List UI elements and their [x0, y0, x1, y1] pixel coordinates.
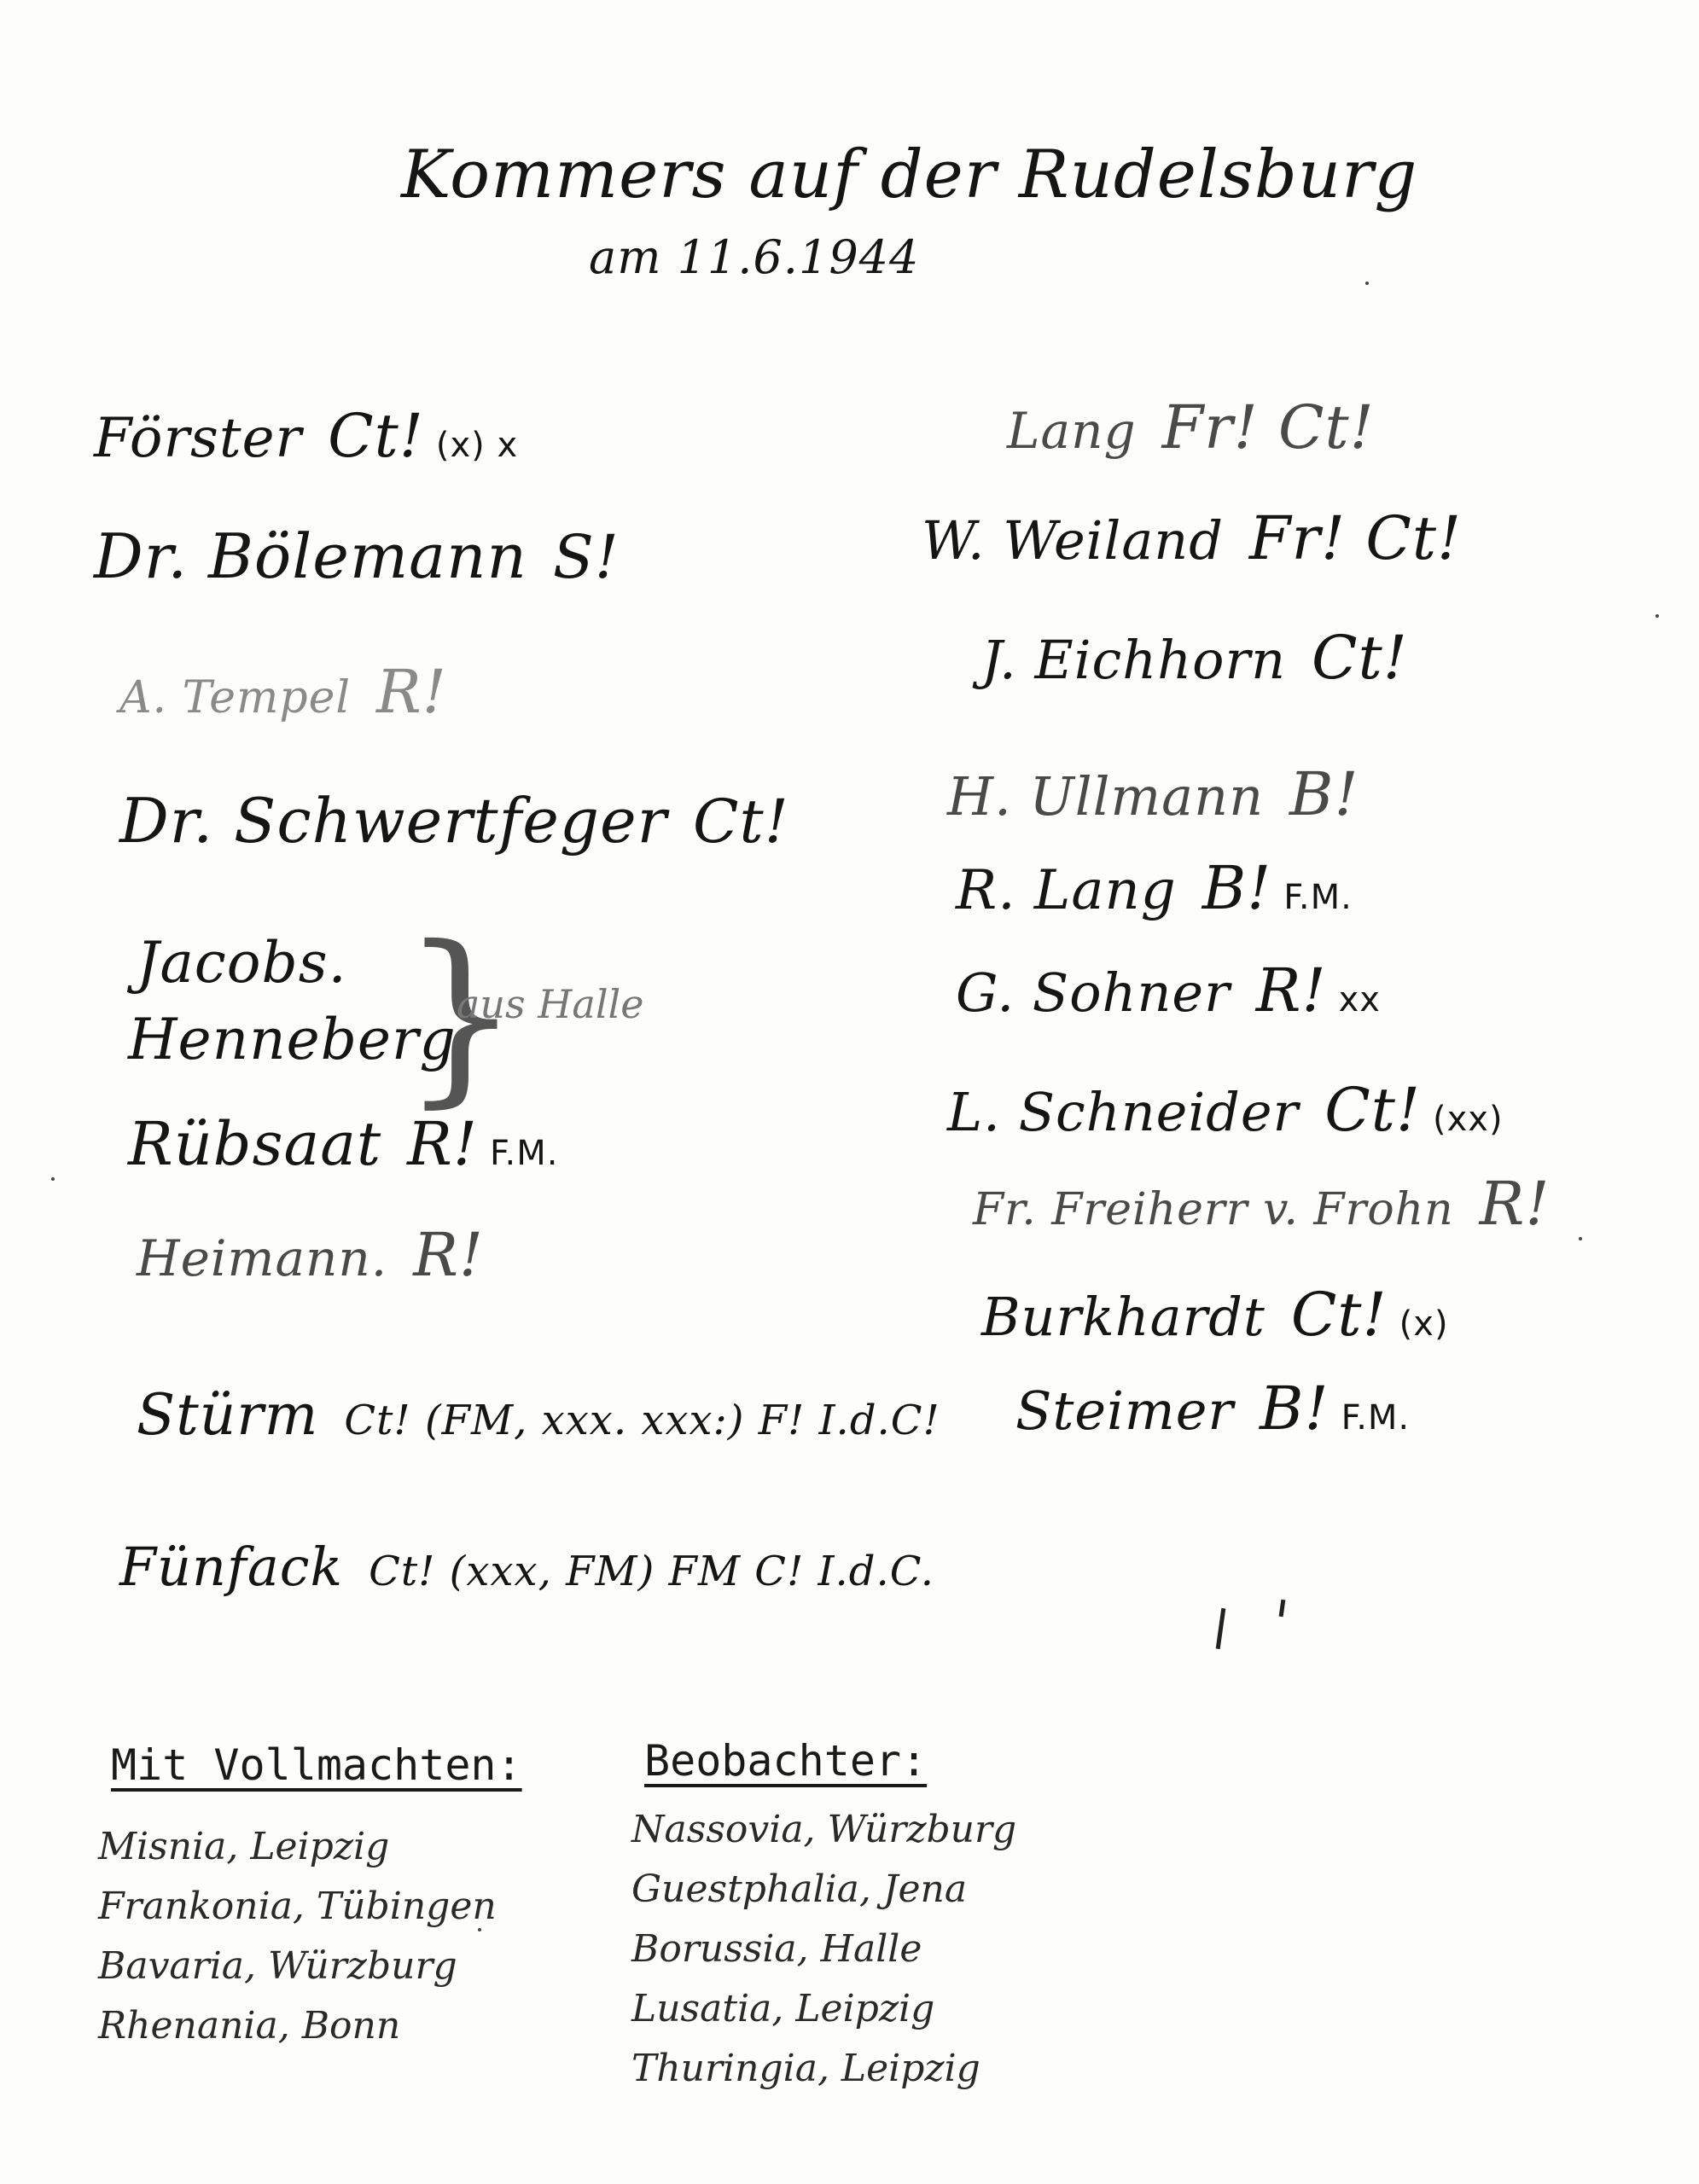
signature-name: Burkhardt: [981, 1286, 1266, 1348]
signature-name: Lang: [1007, 402, 1137, 460]
list-item: Frankonia, Tübingen: [98, 1877, 497, 1937]
signature-mark: Ct! (FM, xxx. xxx:) F! I.d.C!: [344, 1397, 940, 1444]
signature-mark: R!: [1480, 1169, 1551, 1239]
signature-mark: Fr! Ct!: [1162, 392, 1375, 462]
signature-right-4: R. LangB!F.M.: [956, 853, 1353, 923]
signature-name: Dr. Bölemann: [94, 520, 527, 592]
signature-note: F.M.: [1341, 1398, 1411, 1438]
signature-name: J. Eichhorn: [981, 629, 1286, 691]
signature-mark: Ct!: [1324, 1075, 1421, 1145]
signature-name: Stürm: [137, 1382, 318, 1448]
signature-name: Fr. Freiherr v. Frohn: [973, 1184, 1454, 1235]
stray-mark: [1279, 1600, 1286, 1618]
signature-name: W. Weiland: [922, 509, 1224, 572]
signature-mark: B!: [1260, 1374, 1330, 1443]
stray-mark: [1216, 1608, 1226, 1649]
signature-left-1: Dr. BölemannS!: [94, 520, 620, 592]
signature-mark: B!: [1202, 853, 1272, 923]
signature-right-6: L. SchneiderCt!(xx): [947, 1075, 1504, 1145]
signature-note: (x): [1399, 1304, 1449, 1344]
list-item: Thuringia, Leipzig: [631, 2039, 1016, 2099]
list-item: Guestphalia, Jena: [631, 1860, 1016, 1920]
signature-name: Fünfack: [119, 1536, 343, 1598]
signature-mark: B!: [1289, 759, 1359, 829]
beobachter-heading: Beobachter:: [644, 1736, 927, 1786]
signature-name: R. Lang: [956, 859, 1177, 922]
list-item: Bavaria, Würzburg: [98, 1937, 497, 1996]
brace-note: aus Halle: [457, 981, 643, 1027]
signature-right-3: H. UllmannB!: [947, 759, 1359, 829]
scan-speck: [1579, 1237, 1582, 1240]
signature-name: Rübsaat: [128, 1109, 381, 1179]
vollmachten-list: Misnia, Leipzig Frankonia, Tübingen Bava…: [98, 1817, 497, 2056]
signature-mark: R!: [413, 1220, 484, 1290]
signature-right-0: LangFr! Ct!: [1007, 392, 1375, 462]
signature-left-2: A. TempelR!: [119, 657, 447, 727]
scan-speck: [1655, 614, 1659, 618]
scan-speck: [1365, 282, 1369, 285]
signature-name: Heimann.: [137, 1229, 387, 1287]
signature-mark: Ct! (xxx, FM) FM C! I.d.C.: [369, 1548, 934, 1595]
scan-speck: [51, 1177, 55, 1181]
signature-name: A. Tempel: [119, 672, 351, 723]
list-item: Borussia, Halle: [631, 1920, 1016, 1979]
signature-left-8: StürmCt! (FM, xxx. xxx:) F! I.d.C!: [137, 1382, 940, 1448]
signature-left-3: Dr. SchwertfegerCt!: [119, 785, 789, 857]
signature-right-1: W. WeilandFr! Ct!: [922, 503, 1462, 573]
signature-name: H. Ullmann: [947, 765, 1264, 828]
signature-mark: R!: [376, 657, 447, 727]
signature-mark: Ct!: [693, 787, 789, 857]
signature-left-6: RübsaatR!F.M.: [128, 1109, 559, 1179]
signature-name: Dr. Schwertfeger: [119, 785, 667, 857]
signature-mark: Ct!: [1291, 1280, 1388, 1350]
signature-right-7: Fr. Freiherr v. FrohnR!: [973, 1169, 1550, 1239]
list-item: Nassovia, Würzburg: [631, 1800, 1016, 1860]
signature-left-0: FörsterCt!(x) x: [94, 401, 518, 471]
signature-right-8: BurkhardtCt!(x): [981, 1280, 1449, 1350]
signature-name: Jacobs.: [137, 930, 347, 996]
signature-right-9: SteimerB!F.M.: [1015, 1374, 1410, 1443]
signature-left-7: Heimann.R!: [137, 1220, 484, 1290]
vollmachten-heading: Mit Vollmachten:: [111, 1740, 522, 1790]
list-item: Rhenania, Bonn: [98, 1996, 497, 2056]
document-date: am 11.6.1944: [589, 230, 919, 284]
signature-note: (xx): [1433, 1100, 1504, 1139]
signature-note: (x) x: [436, 426, 518, 465]
beobachter-list: Nassovia, Würzburg Guestphalia, Jena Bor…: [631, 1800, 1016, 2099]
signature-left-4: Jacobs.: [137, 930, 347, 996]
signature-mark: S!: [553, 522, 620, 592]
signature-name: L. Schneider: [947, 1081, 1299, 1143]
document-title: Kommers auf der Rudelsburg: [401, 136, 1417, 213]
signature-name: Steimer: [1015, 1380, 1234, 1442]
signature-mark: R!: [1256, 955, 1327, 1025]
signature-right-2: J. EichhornCt!: [981, 623, 1408, 693]
list-item: Lusatia, Leipzig: [631, 1979, 1016, 2039]
list-item: Misnia, Leipzig: [98, 1817, 497, 1877]
signature-mark: Ct!: [328, 401, 424, 471]
signature-note: F.M.: [1283, 878, 1353, 917]
signature-mark: R!: [407, 1109, 478, 1179]
signature-name: Förster: [94, 407, 302, 470]
signature-mark: Ct!: [1312, 623, 1408, 693]
signature-note: F.M.: [490, 1134, 559, 1173]
signature-right-5: G. SohnerR!xx: [956, 955, 1381, 1025]
signature-name: G. Sohner: [956, 961, 1231, 1024]
signature-note: xx: [1339, 980, 1381, 1019]
signature-mark: Fr! Ct!: [1249, 503, 1462, 573]
signature-left-9: FünfackCt! (xxx, FM) FM C! I.d.C.: [119, 1536, 934, 1598]
scan-speck: [478, 1928, 481, 1931]
